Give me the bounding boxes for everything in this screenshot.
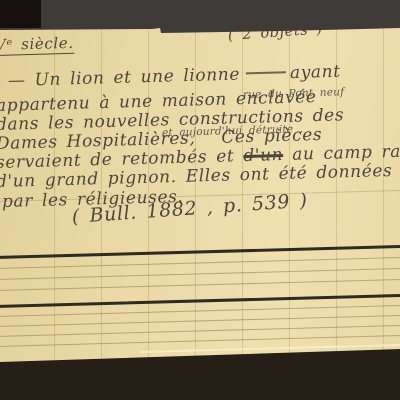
index-card: Vᵉ siècle. ( 2 objets ) — Un lion et une…: [0, 0, 400, 368]
scanned-card-photo: Vᵉ siècle. ( 2 objets ) — Un lion et une…: [0, 0, 400, 400]
line-1-text-b: ayant: [290, 62, 341, 83]
century-label: Vᵉ siècle.: [0, 34, 74, 54]
struck-out-word: d'un: [243, 145, 283, 166]
pen-flourish: [246, 71, 286, 74]
backdrop-corner-black: [0, 0, 41, 28]
pen-gap: [195, 143, 221, 144]
backdrop-top-band: [0, 0, 400, 33]
century-text: Vᵉ siècle.: [0, 34, 74, 56]
